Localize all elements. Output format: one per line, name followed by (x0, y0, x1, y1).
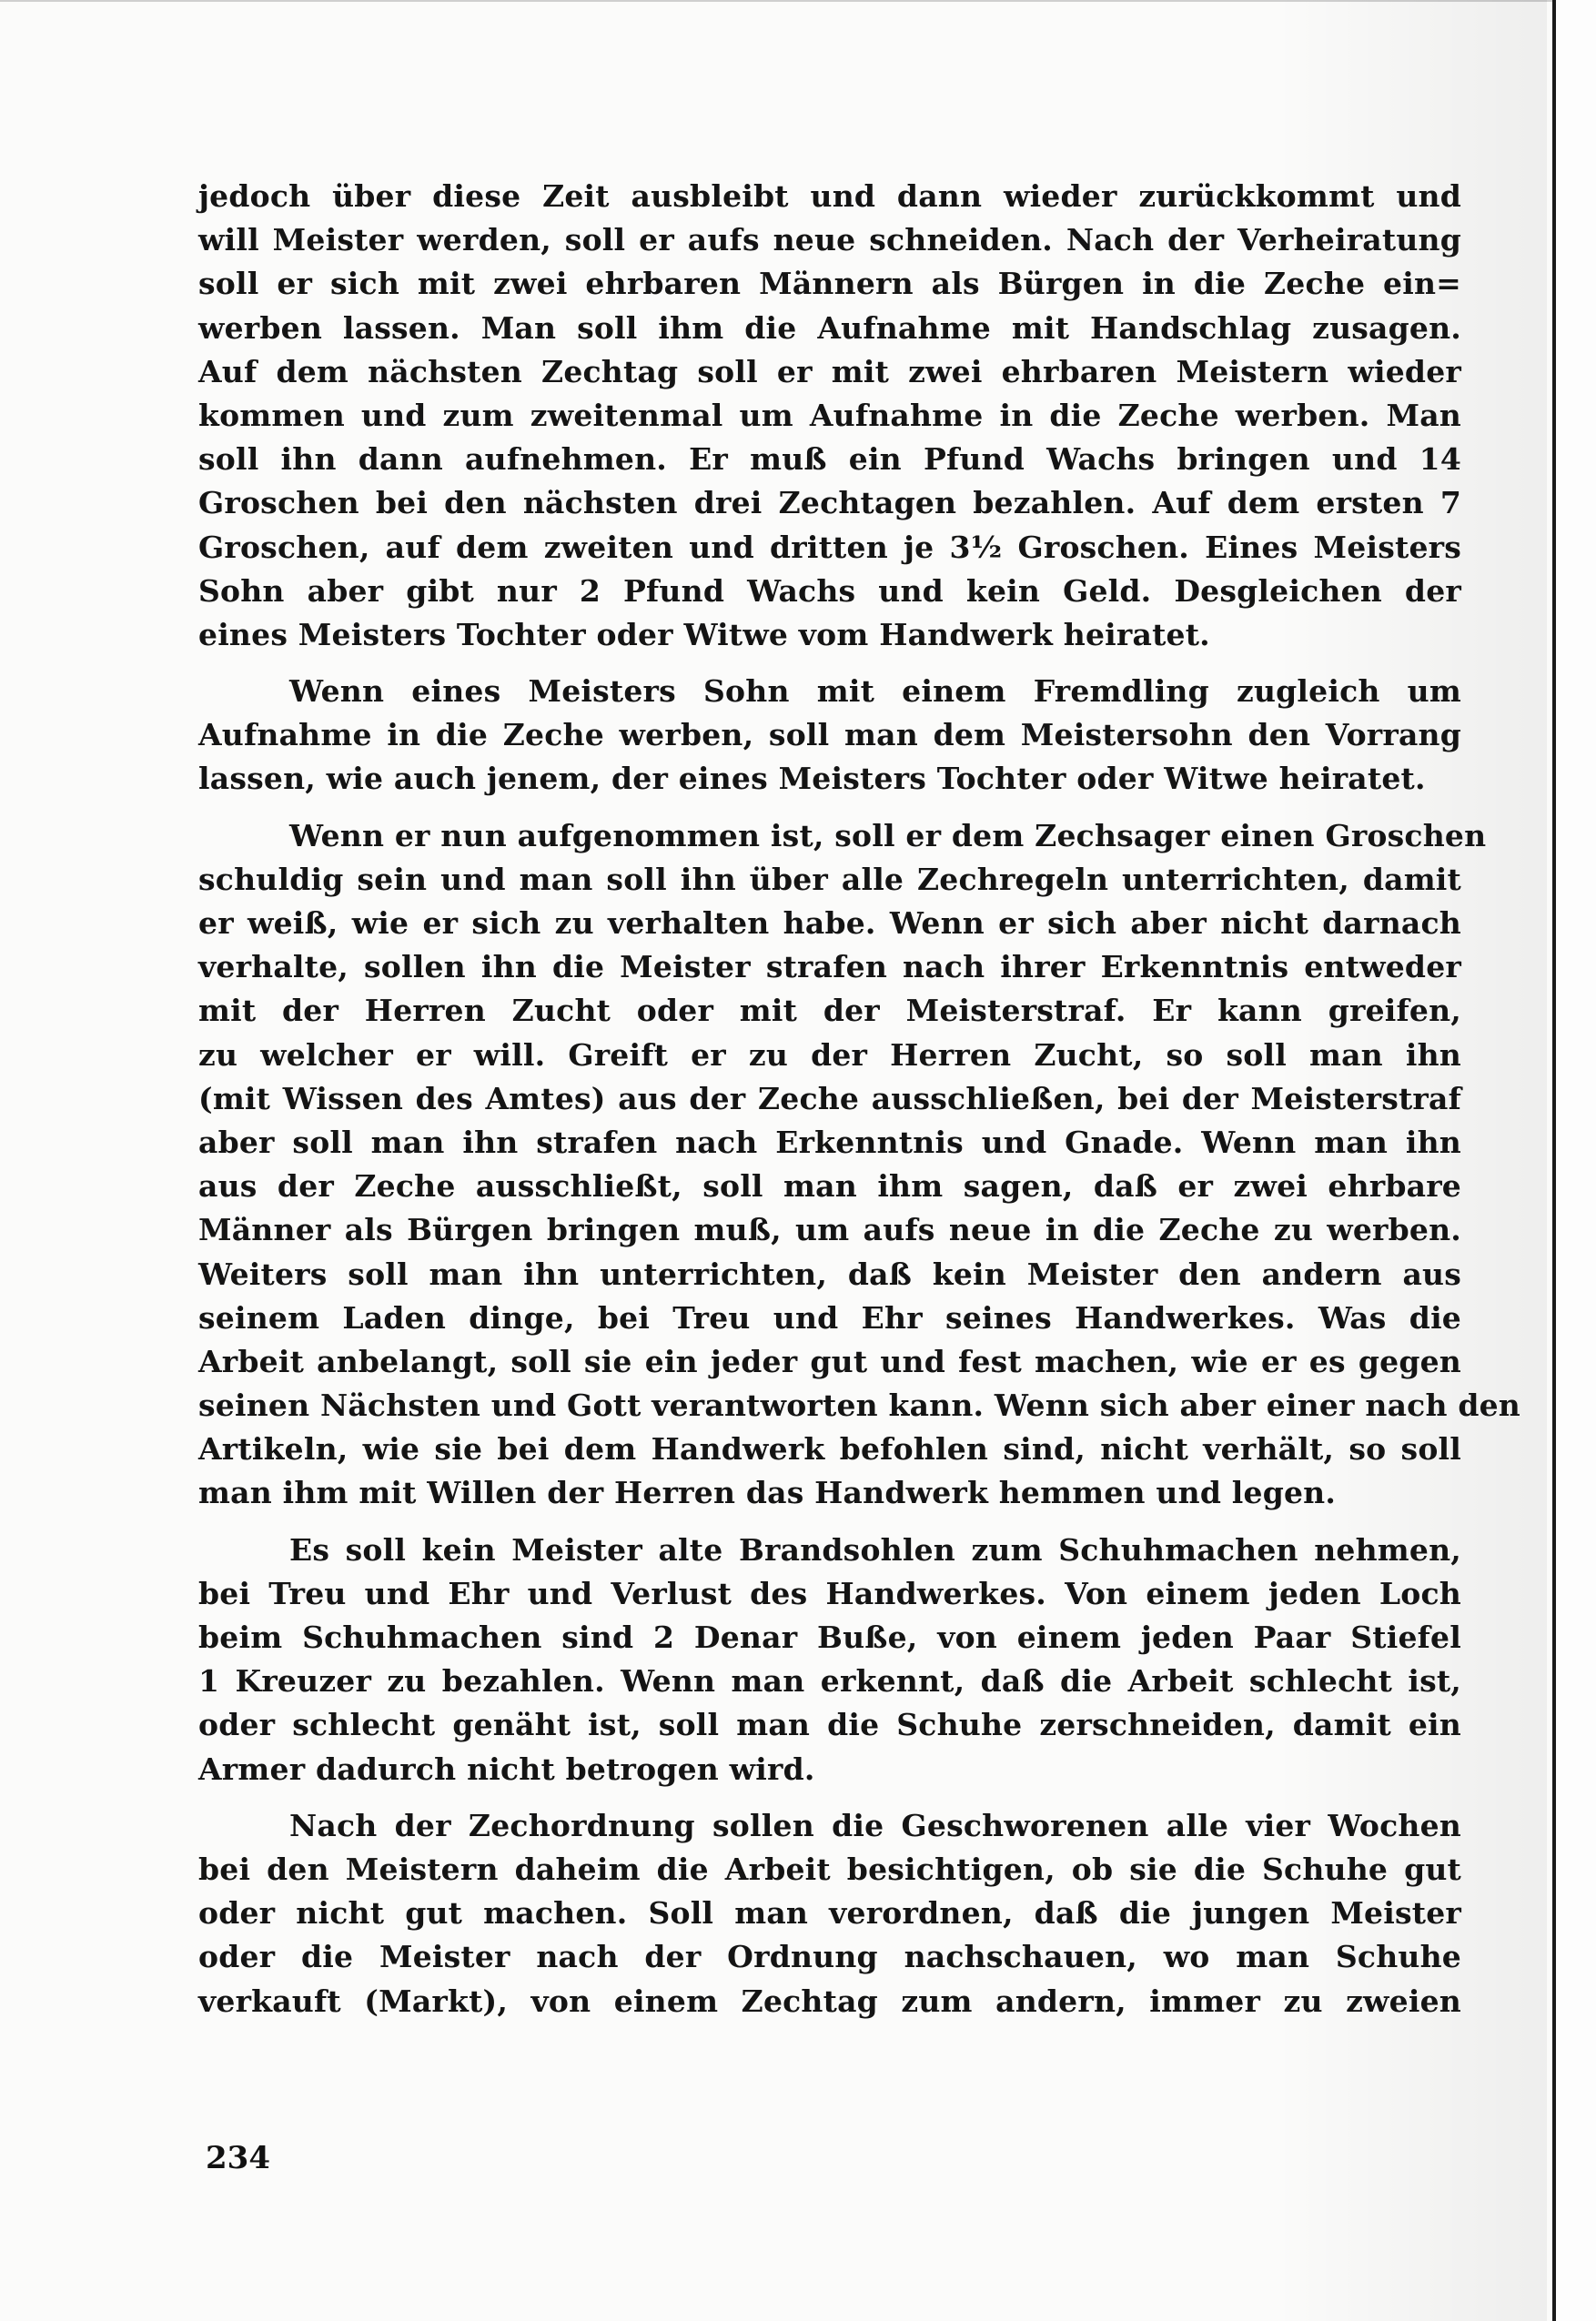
text-line: er weiß, wie er sich zu verhalten habe. … (198, 902, 1461, 945)
paragraph: Es soll kein Meister alte Brandsohlen zu… (198, 1529, 1461, 1791)
text-line: Auf dem nächsten Zechtag soll er mit zwe… (198, 350, 1461, 394)
text-line: Aufnahme in die Zeche werben, soll man d… (198, 713, 1461, 757)
text-line: Es soll kein Meister alte Brandsohlen zu… (198, 1529, 1461, 1572)
text-line: Nach der Zechordnung sollen die Geschwor… (198, 1804, 1461, 1848)
text-line: verkauft (Markt), von einem Zechtag zum … (198, 1980, 1461, 2023)
text-line: Männer als Bürgen bringen muß, um aufs n… (198, 1208, 1461, 1252)
text-line: Arbeit anbelangt, soll sie ein jeder gut… (198, 1340, 1461, 1384)
paragraph: Nach der Zechordnung sollen die Geschwor… (198, 1804, 1461, 2023)
text-line: jedoch über diese Zeit ausbleibt und dan… (198, 175, 1461, 218)
text-line: zu welcher er will. Greift er zu der Her… (198, 1034, 1461, 1077)
text-line: aber soll man ihn strafen nach Erkenntni… (198, 1121, 1461, 1165)
text-line: kommen und zum zweitenmal um Aufnahme in… (198, 394, 1461, 438)
right-scan-margin (1556, 0, 1596, 2321)
text-line: Armer dadurch nicht betrogen wird. (198, 1748, 1461, 1791)
text-line: soll er sich mit zwei ehrbaren Männern a… (198, 262, 1461, 306)
text-line: Groschen bei den nächsten drei Zechtagen… (198, 481, 1461, 525)
text-line: mit der Herren Zucht oder mit der Meiste… (198, 989, 1461, 1033)
text-line: oder schlecht genäht ist, soll man die S… (198, 1703, 1461, 1747)
paragraph-gap (198, 802, 1461, 814)
text-line: Groschen, auf dem zweiten und dritten je… (198, 526, 1461, 570)
text-line: lassen, wie auch jenem, der eines Meiste… (198, 757, 1461, 801)
text-line: Sohn aber gibt nur 2 Pfund Wachs und kei… (198, 570, 1461, 613)
text-line: soll ihn dann aufnehmen. Er muß ein Pfun… (198, 438, 1461, 481)
text-line: Wenn eines Meisters Sohn mit einem Fremd… (198, 670, 1461, 713)
paragraph: Wenn eines Meisters Sohn mit einem Fremd… (198, 670, 1461, 802)
text-line: Wenn er nun aufgenommen ist, soll er dem… (198, 814, 1461, 858)
paragraph: Wenn er nun aufgenommen ist, soll er dem… (198, 814, 1461, 1516)
paragraph: jedoch über diese Zeit ausbleibt und dan… (198, 175, 1461, 657)
text-line: beim Schuhmachen sind 2 Denar Buße, von … (198, 1616, 1461, 1660)
paragraph-gap (198, 1791, 1461, 1804)
text-line: Weiters soll man ihn unterrichten, daß k… (198, 1253, 1461, 1297)
body-text: jedoch über diese Zeit ausbleibt und dan… (198, 175, 1461, 2023)
paragraph-gap (198, 657, 1461, 670)
page-number: 234 (206, 2140, 270, 2176)
paragraph-gap (198, 1516, 1461, 1529)
text-line: man ihm mit Willen der Herren das Handwe… (198, 1471, 1461, 1515)
text-line: verhalte, sollen ihn die Meister strafen… (198, 945, 1461, 989)
text-line: eines Meisters Tochter oder Witwe vom Ha… (198, 613, 1461, 657)
text-line: oder nicht gut machen. Soll man verordne… (198, 1892, 1461, 1935)
text-line: bei den Meistern daheim die Arbeit besic… (198, 1848, 1461, 1892)
text-line: 1 Kreuzer zu bezahlen. Wenn man erkennt,… (198, 1660, 1461, 1703)
text-line: schuldig sein und man soll ihn über alle… (198, 858, 1461, 902)
text-line: will Meister werden, soll er aufs neue s… (198, 218, 1461, 262)
text-line: seinen Nächsten und Gott verantworten ka… (198, 1384, 1461, 1428)
text-line: (mit Wissen des Amtes) aus der Zeche aus… (198, 1077, 1461, 1121)
text-line: aus der Zeche ausschließt, soll man ihm … (198, 1165, 1461, 1208)
text-line: werben lassen. Man soll ihm die Aufnahme… (198, 307, 1461, 350)
text-line: oder die Meister nach der Ordnung nachsc… (198, 1935, 1461, 1979)
text-line: seinem Laden dinge, bei Treu und Ehr sei… (198, 1297, 1461, 1340)
text-line: Artikeln, wie sie bei dem Handwerk befoh… (198, 1428, 1461, 1471)
text-line: bei Treu und Ehr und Verlust des Handwer… (198, 1572, 1461, 1616)
